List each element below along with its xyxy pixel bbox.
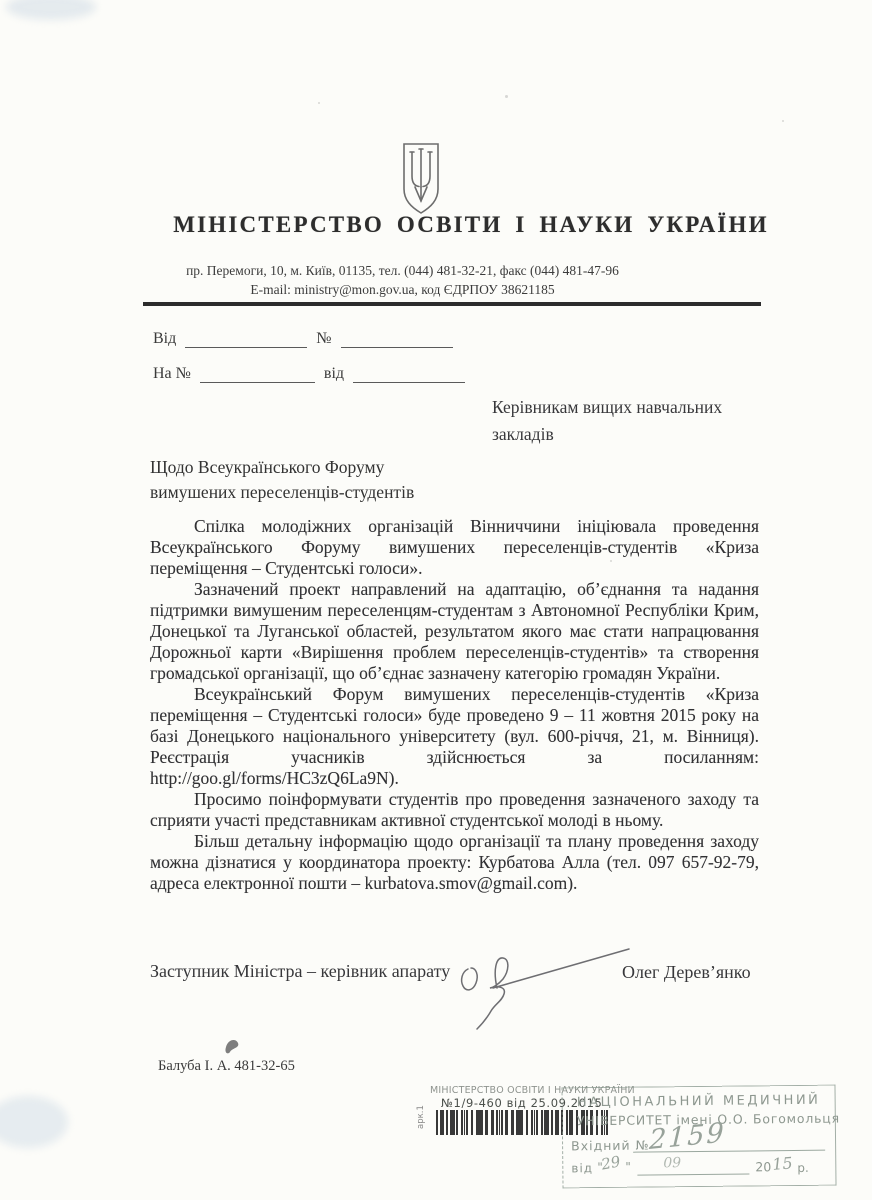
- ref-number-label: №: [316, 330, 331, 347]
- university-stamp-org-line1: НАЦІОНАЛЬНИЙ МЕДИЧНИЙ: [563, 1093, 835, 1111]
- incoming-date-year-handwritten: 15: [772, 1153, 794, 1174]
- scan-speck: [505, 95, 508, 98]
- signatory-name: Олег Дерев’янко: [622, 962, 751, 983]
- scan-speck: [782, 120, 784, 122]
- subject-block: Щодо Всеукраїнського Форуму вимушених пе…: [150, 455, 414, 505]
- ref-reply-blank-line: [200, 367, 315, 383]
- ink-blot: [221, 1036, 243, 1056]
- subject-line-2: вимушених переселенців-студентів: [150, 480, 414, 505]
- scan-speck: [318, 102, 320, 104]
- addressee-block: Керівникам вищих навчальних закладів: [492, 394, 722, 448]
- letter-paragraph: Більш детальну інформацію щодо організац…: [150, 831, 759, 894]
- trident-emblem-icon: [400, 142, 442, 216]
- subject-line-1: Щодо Всеукраїнського Форуму: [150, 455, 414, 480]
- university-incoming-stamp: НАЦІОНАЛЬНИЙ МЕДИЧНИЙ УНІВЕРСИТЕТ імені …: [561, 1085, 836, 1189]
- ref-reply-date-blank-line: [353, 367, 465, 383]
- executor-contact: Балуба І. А. 481-32-65: [158, 1058, 295, 1075]
- ministry-stamp-side-note: арк.1: [416, 1102, 426, 1132]
- reference-line-incoming: На №від: [153, 365, 474, 383]
- ref-from-blank-line: [185, 332, 307, 348]
- header-divider-rule: [143, 302, 761, 306]
- letter-paragraph: Просимо поінформувати студентів про пров…: [150, 789, 759, 831]
- reference-line-outgoing: Від№: [153, 330, 462, 348]
- letter-paragraph: Всеукраїнський Форум вимушених переселен…: [150, 684, 759, 789]
- incoming-date-blank-line: [637, 1173, 749, 1175]
- letter-body: Спілка молодіжних організацій Вінниччини…: [150, 516, 759, 894]
- ref-number-blank-line: [341, 332, 453, 348]
- address-line-1: пр. Перемоги, 10, м. Київ, 01135, тел. (…: [150, 261, 655, 280]
- scan-smudge: [0, 1096, 68, 1148]
- scan-smudge: [6, 0, 96, 20]
- addressee-line-1: Керівникам вищих навчальних: [492, 394, 722, 421]
- ref-reply-date-label: від: [324, 365, 344, 382]
- incoming-date-suffix: р.: [797, 1161, 809, 1175]
- letter-paragraph: Зазначений проект направлений на адаптац…: [150, 579, 759, 684]
- ref-from-label: Від: [153, 330, 176, 347]
- signatory-position-title: Заступник Міністра – керівник апарату: [150, 961, 450, 982]
- incoming-date-label: від: [571, 1161, 593, 1175]
- handwritten-signature: [453, 936, 653, 1036]
- incoming-date-month-handwritten: 09: [663, 1155, 681, 1171]
- addressee-line-2: закладів: [492, 421, 722, 448]
- letter-paragraph: Спілка молодіжних організацій Вінниччини…: [150, 516, 759, 579]
- incoming-date-year-prefix: 20: [755, 1159, 771, 1174]
- address-line-2: E-mail: ministry@mon.gov.ua, код ЄДРПОУ …: [150, 280, 655, 299]
- scanned-letter-page: МІНІСТЕРСТВО ОСВІТИ І НАУКИ УКРАЇНИ пр. …: [0, 0, 872, 1200]
- incoming-date-day-handwritten: 29: [600, 1152, 622, 1173]
- ministry-title: МІНІСТЕРСТВО ОСВІТИ І НАУКИ УКРАЇНИ: [162, 212, 780, 238]
- date-close-quote: ": [625, 1160, 631, 1174]
- ministry-address: пр. Перемоги, 10, м. Київ, 01135, тел. (…: [150, 261, 655, 299]
- ref-reply-label: На №: [153, 365, 191, 382]
